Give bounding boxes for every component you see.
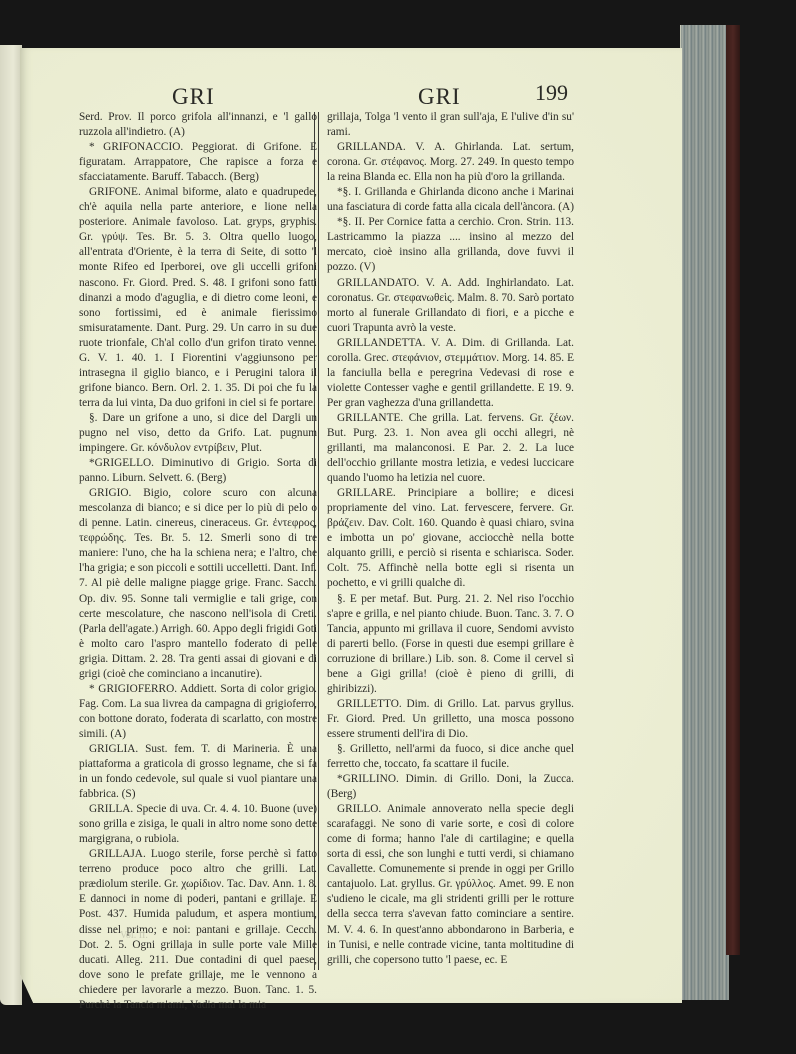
- entry: §. E per metaf. But. Purg. 21. 2. Nel ri…: [327, 592, 574, 697]
- entry: *GRILLINO. Dimin. di Grillo. Doni, la Zu…: [327, 772, 574, 802]
- entry: §. Grilletto, nell'armi da fuoco, si dic…: [327, 742, 574, 772]
- entry: GRIFONE. Animal biforme, alato e quadrup…: [79, 185, 317, 411]
- entry: GRIGLIA. Sust. fem. T. di Marineria. È u…: [79, 742, 317, 802]
- entry: GRILLARE. Principiare a bollire; e dices…: [327, 486, 574, 591]
- entry: GRILLANDETTA. V. A. Dim. di Grillanda. L…: [327, 336, 574, 411]
- entry: *§. II. Per Cornice fatta a cerchio. Cro…: [327, 215, 574, 275]
- left-column: Serd. Prov. Il porco grifola all'innanzi…: [79, 110, 317, 1013]
- entry: *GRIGELLO. Diminutivo di Grigio. Sorta d…: [79, 456, 317, 486]
- right-running-head: GRI: [418, 84, 461, 110]
- page-number: 199: [535, 80, 568, 106]
- entry: * GRIFONACCIO. Peggiorat. di Grifone. E …: [79, 140, 317, 185]
- entry: GRILLETTO. Dim. di Grillo. Lat. parvus g…: [327, 697, 574, 742]
- entry: §. Dare un grifone a uno, si dice del Da…: [79, 411, 317, 456]
- entry: * GRIGIOFERRO. Addiett. Sorta di color g…: [79, 682, 317, 742]
- entry: GRILLA. Specie di uva. Cr. 4. 4. 10. Buo…: [79, 802, 317, 847]
- entry: GRILLAJA. Luogo sterile, forse perchè sì…: [79, 847, 317, 1013]
- entry: GRILLO. Animale annoverato nella specie …: [327, 802, 574, 968]
- book-fore-edge: [680, 25, 729, 1000]
- book-cover: [726, 25, 740, 955]
- entry: grillaja, Tolga 'l vento il gran sull'aj…: [327, 110, 574, 140]
- entry: Serd. Prov. Il porco grifola all'innanzi…: [79, 110, 317, 140]
- entry: *§. I. Grillanda e Ghirlanda dicono anch…: [327, 185, 574, 215]
- entry: GRILLANTE. Che grilla. Lat. fervens. Gr.…: [327, 411, 574, 486]
- signature-mark: Vol. II.: [120, 930, 148, 941]
- entry: GRIGIO. Bigio, colore scuro con alcuna m…: [79, 486, 317, 682]
- entry: GRILLANDATO. V. A. Add. Inghirlandato. L…: [327, 276, 574, 336]
- previous-pages-edge: [0, 45, 22, 1005]
- left-running-head: GRI: [172, 84, 215, 110]
- entry: GRILLANDA. V. A. Ghirlanda. Lat. sertum,…: [327, 140, 574, 185]
- right-column: grillaja, Tolga 'l vento il gran sull'aj…: [327, 110, 574, 968]
